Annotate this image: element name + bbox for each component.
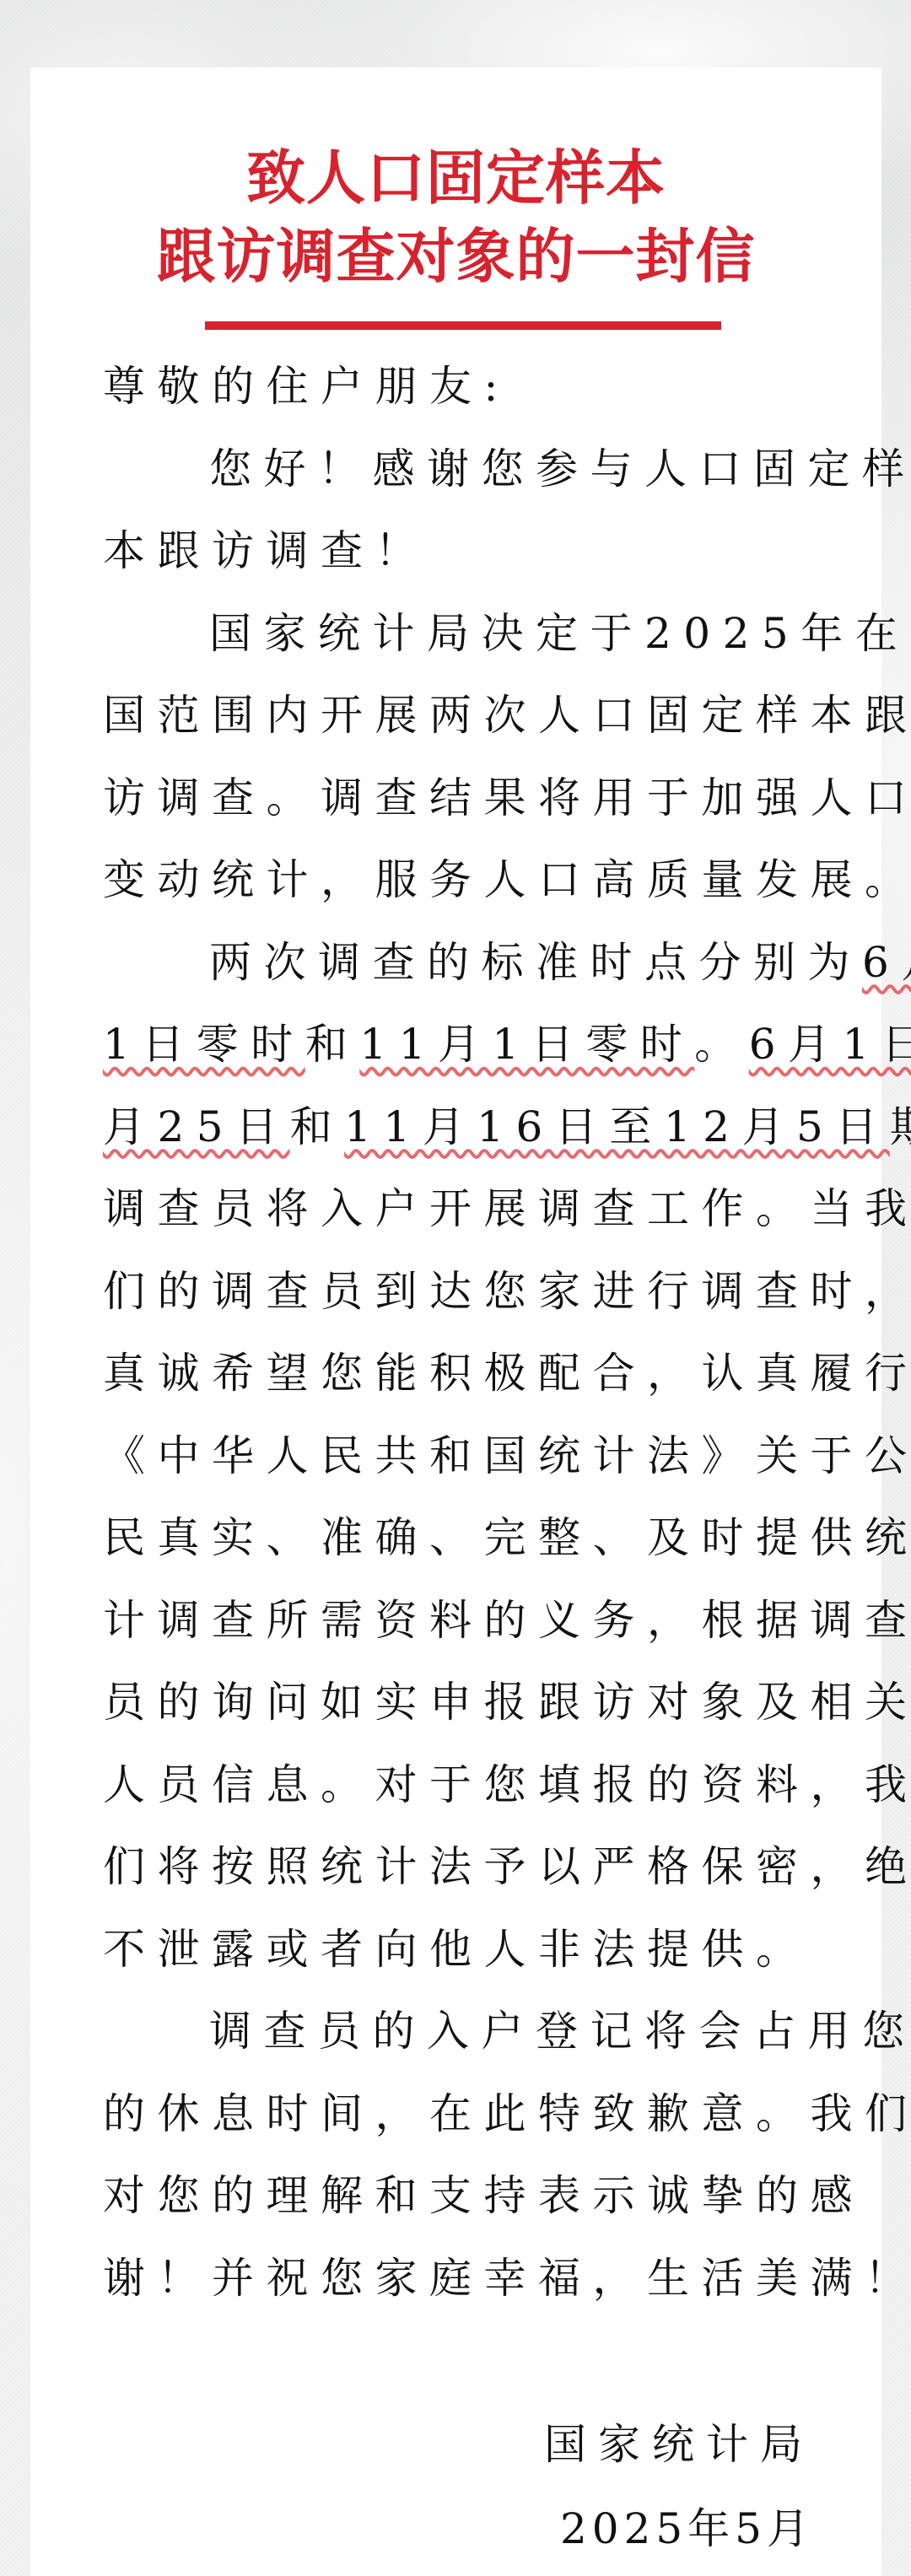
letter-body: 尊敬的住户朋友:您好！感谢您参与人口固定样本跟访调查！国家统计局决定于2025年… bbox=[103, 346, 828, 2320]
title-divider bbox=[205, 321, 721, 330]
emphasized-date-text: 6月 bbox=[862, 938, 911, 987]
letter-text: 访调查。调查结果将用于加强人口 bbox=[103, 773, 911, 822]
letter-text: 员的询问如实申报跟访对象及相关 bbox=[103, 1678, 911, 1727]
emphasized-date-text: 11月1日零时 bbox=[359, 1020, 694, 1069]
letter-line: 的休息时间，在此特致歉意。我们 bbox=[103, 2073, 828, 2156]
letter-text: 们将按照统计法予以严格保密，绝 bbox=[103, 1842, 911, 1891]
letter-text: 您好！感谢您参与人口固定样 bbox=[209, 445, 911, 493]
letter-card: 致人口固定样本 跟访调查对象的一封信 尊敬的住户朋友:您好！感谢您参与人口固定样… bbox=[30, 67, 881, 2576]
signature-date: 2025年5月 bbox=[560, 2495, 814, 2556]
letter-text: 人员信息。对于您填报的资料，我 bbox=[103, 1760, 911, 1809]
emphasized-date-text: 月25日 bbox=[103, 1102, 290, 1151]
letter-line: 月25日和11月16日至12月5日期间， bbox=[103, 1086, 828, 1169]
letter-line: 国家统计局决定于2025年在全 bbox=[103, 593, 828, 676]
letter-text: 民真实、准确、完整、及时提供统 bbox=[103, 1513, 911, 1562]
letter-title-line-2: 跟访调查对象的一封信 bbox=[30, 218, 881, 295]
letter-text: 不泄露或者向他人非法提供。 bbox=[103, 1925, 811, 1974]
letter-text: 对您的理解和支持表示诚挚的感 bbox=[103, 2171, 865, 2220]
letter-text: 真诚希望您能积极配合，认真履行 bbox=[103, 1349, 911, 1398]
letter-line: 本跟访调查！ bbox=[103, 510, 828, 593]
letter-text: 们的调查员到达您家进行调查时， bbox=[103, 1267, 911, 1316]
letter-text: 和 bbox=[305, 1020, 360, 1069]
letter-text: 期间， bbox=[890, 1102, 911, 1151]
emphasized-date-text: 11月16日至12月5日 bbox=[344, 1102, 890, 1151]
letter-line: 尊敬的住户朋友: bbox=[103, 346, 828, 428]
letter-title-line-1: 致人口固定样本 bbox=[30, 139, 881, 217]
letter-line: 1日零时和11月1日零时。6月1日至6 bbox=[103, 1004, 828, 1086]
letter-line: 们的调查员到达您家进行调查时， bbox=[103, 1251, 828, 1334]
letter-text: 谢！并祝您家庭幸福，生活美满！ bbox=[103, 2254, 911, 2303]
letter-text: 的休息时间，在此特致歉意。我们 bbox=[103, 2089, 911, 2138]
signature-organization: 国家统计局 bbox=[544, 2411, 814, 2471]
letter-line: 们将按照统计法予以严格保密，绝 bbox=[103, 1826, 828, 1909]
letter-line: 《中华人民共和国统计法》关于公 bbox=[103, 1415, 828, 1498]
letter-line: 民真实、准确、完整、及时提供统 bbox=[103, 1497, 828, 1580]
letter-text: 国范围内开展两次人口固定样本跟 bbox=[103, 691, 911, 740]
letter-text: 尊敬的住户朋友: bbox=[103, 362, 510, 411]
emphasized-date-text: 6月1日至6 bbox=[749, 1020, 911, 1069]
letter-text: 调查员的入户登记将会占用您 bbox=[209, 2007, 911, 2056]
letter-line: 变动统计，服务人口高质量发展。 bbox=[103, 839, 828, 922]
letter-text: 本跟访调查！ bbox=[103, 526, 429, 575]
letter-line: 谢！并祝您家庭幸福，生活美满！ bbox=[103, 2238, 828, 2320]
letter-text: 两次调查的标准时点分别为 bbox=[209, 938, 862, 987]
letter-text: 和 bbox=[290, 1102, 345, 1151]
letter-line: 不泄露或者向他人非法提供。 bbox=[103, 1909, 828, 1991]
letter-line: 国范围内开展两次人口固定样本跟 bbox=[103, 675, 828, 757]
letter-text: 国家统计局决定于2025年在全 bbox=[209, 609, 911, 658]
letter-line: 对您的理解和支持表示诚挚的感 bbox=[103, 2155, 828, 2238]
letter-line: 调查员将入户开展调查工作。当我 bbox=[103, 1168, 828, 1251]
letter-line: 计调查所需资料的义务，根据调查 bbox=[103, 1580, 828, 1663]
letter-line: 调查员的入户登记将会占用您 bbox=[103, 1991, 828, 2073]
letter-line: 访调查。调查结果将用于加强人口 bbox=[103, 757, 828, 840]
letter-line: 您好！感谢您参与人口固定样 bbox=[103, 428, 828, 511]
letter-text: 调查员将入户开展调查工作。当我 bbox=[103, 1184, 911, 1233]
emphasized-date-text: 1日零时 bbox=[103, 1020, 305, 1069]
letter-line: 人员信息。对于您填报的资料，我 bbox=[103, 1744, 828, 1827]
letter-line: 员的询问如实申报跟访对象及相关 bbox=[103, 1662, 828, 1744]
letter-text: 变动统计，服务人口高质量发展。 bbox=[103, 855, 911, 904]
letter-text: 。 bbox=[694, 1020, 749, 1069]
letter-line: 真诚希望您能积极配合，认真履行 bbox=[103, 1333, 828, 1415]
letter-text: 计调查所需资料的义务，根据调查 bbox=[103, 1596, 911, 1645]
letter-line: 两次调查的标准时点分别为6月 bbox=[103, 922, 828, 1005]
letter-text: 《中华人民共和国统计法》关于公 bbox=[103, 1431, 911, 1480]
